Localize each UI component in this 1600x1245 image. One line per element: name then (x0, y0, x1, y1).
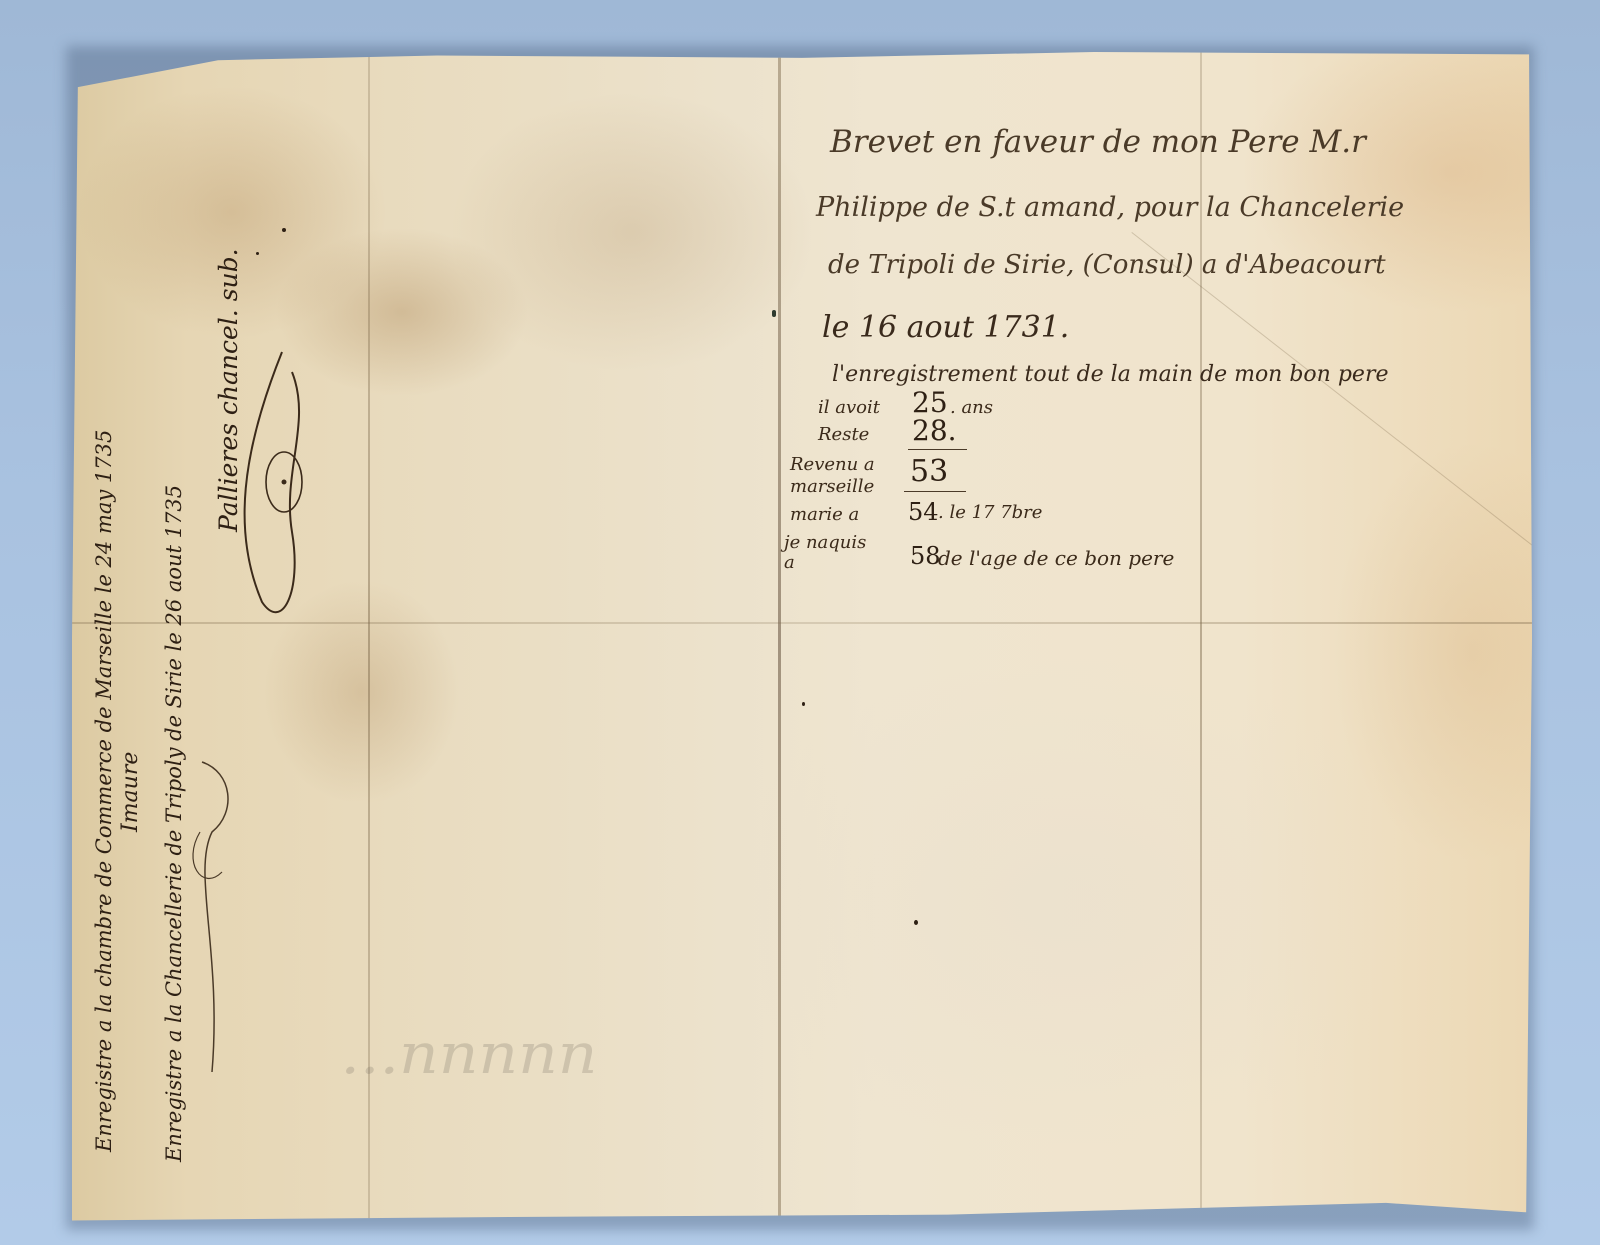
heading-line-3: de Tripoli de Sirie, (Consul) a d'Abeaco… (828, 250, 1386, 280)
ink-speck (802, 702, 805, 706)
ink-speck (282, 228, 286, 232)
heading-line-2: Philippe de S.t amand, pour la Chanceler… (816, 192, 1404, 223)
age-label-marie: marie a (790, 504, 859, 525)
age-label-revenu-1: Revenu a (790, 454, 875, 475)
ink-speck (914, 920, 918, 925)
age-value-marie: 54 (908, 498, 939, 526)
bleed-through-text: ...nnnnn (340, 1022, 597, 1087)
age-label-revenu-2: marseille (790, 476, 874, 497)
age-suffix-naquis: de l'age de ce bon pere (938, 546, 1174, 570)
vertical-line-chambre: Enregistre a la chambre de Commerce de M… (92, 430, 116, 1152)
vertical-signature-imaure: Imaure (118, 752, 143, 832)
age-value-naquis: 58 (910, 542, 941, 570)
age-label-naquis-1: je naquis (784, 532, 866, 553)
note-line: l'enregistrement tout de la main de mon … (832, 362, 1388, 387)
center-fold (778, 52, 781, 1224)
age-label-reste: Reste (818, 424, 869, 445)
fold-line-right (1200, 52, 1202, 1224)
age-value-revenu: 53 (904, 454, 966, 492)
heading-line-1: Brevet en faveur de mon Pere M.r (830, 124, 1366, 160)
age-value-reste: 28. (908, 414, 967, 450)
ink-speck (772, 310, 776, 317)
signature-flourish-icon (222, 332, 332, 632)
imaure-flourish-icon (142, 752, 252, 1082)
age-suffix-marie: . le 17 7bre (938, 502, 1042, 523)
age-label-naquis-2: a (784, 552, 795, 573)
ink-speck (256, 252, 259, 255)
age-label-avoit: il avoit (818, 397, 880, 418)
date-line: le 16 aout 1731. (822, 310, 1069, 345)
manuscript-page: Brevet en faveur de mon Pere M.r Philipp… (72, 52, 1532, 1224)
